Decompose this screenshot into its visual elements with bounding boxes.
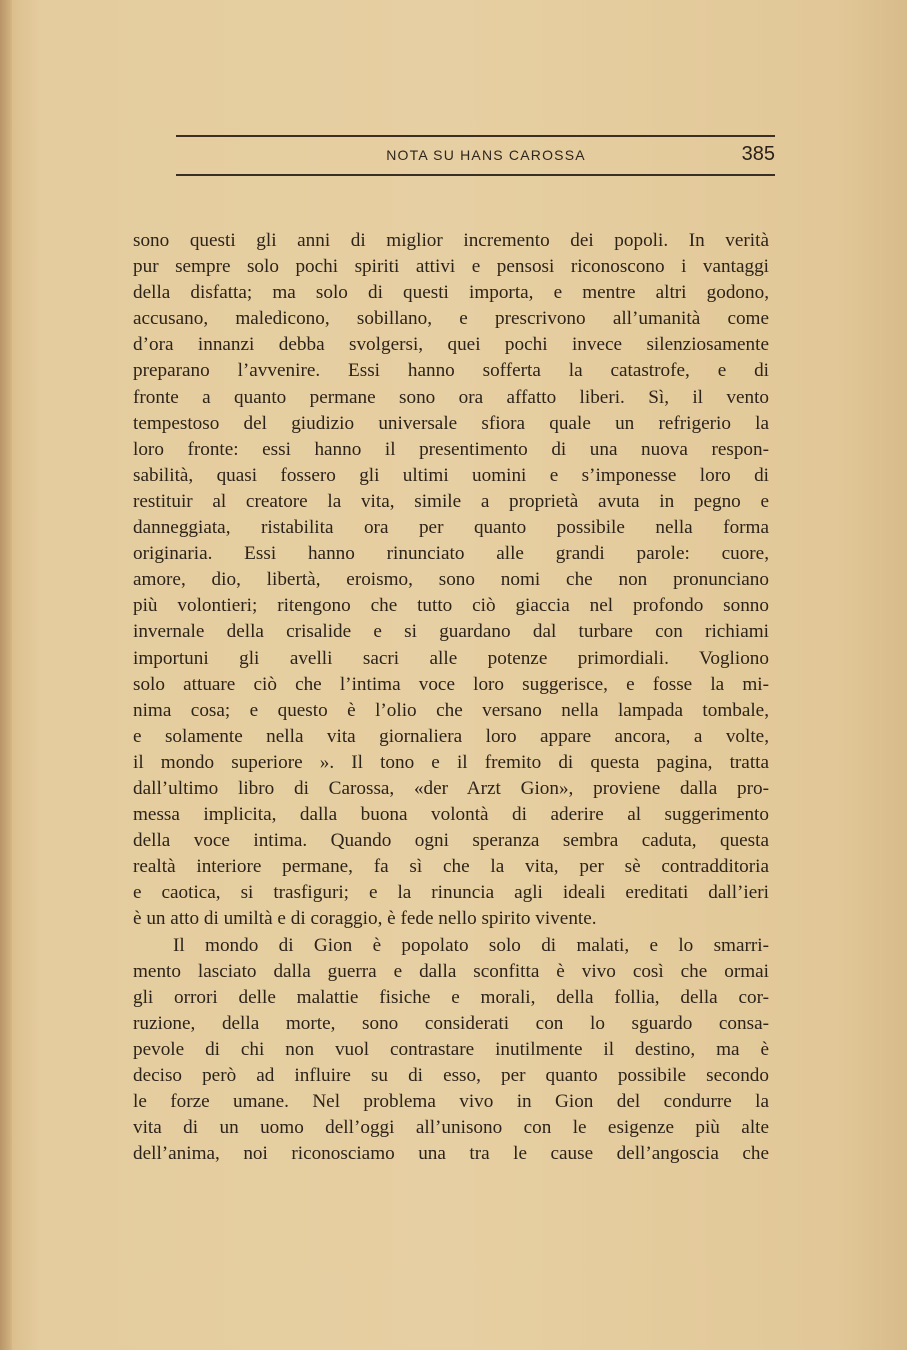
running-title: NOTA SU HANS CAROSSA <box>176 147 756 163</box>
paragraph-2: Il mondo di Gion è popolato solo di mala… <box>133 933 769 1168</box>
text-line: accusano, maledicono, sobillano, e presc… <box>133 306 769 332</box>
paragraph-1: sono questi gli anni di miglior incremen… <box>133 228 769 933</box>
text-line: fronte a quanto permane sono ora affatto… <box>133 385 769 411</box>
header-rule-top <box>176 135 775 137</box>
text-line: restituir al creatore la vita, simile a … <box>133 489 769 515</box>
text-line: deciso però ad influire su di esso, per … <box>133 1063 769 1089</box>
text-line: ruzione, della morte, sono considerati c… <box>133 1011 769 1037</box>
body-text: sono questi gli anni di miglior incremen… <box>133 228 769 1167</box>
text-line: importuni gli avelli sacri alle potenze … <box>133 646 769 672</box>
text-line: sabilità, quasi fossero gli ultimi uomin… <box>133 463 769 489</box>
text-line: invernale della crisalide e si guardano … <box>133 619 769 645</box>
text-line: amore, dio, libertà, eroismo, sono nomi … <box>133 567 769 593</box>
text-line: tempestoso del giudizio universale sfior… <box>133 411 769 437</box>
text-line: mento lasciato dalla guerra e dalla scon… <box>133 959 769 985</box>
text-line: più volontieri; ritengono che tutto ciò … <box>133 593 769 619</box>
running-header: NOTA SU HANS CAROSSA 385 <box>176 133 775 177</box>
page-edge <box>0 0 12 1350</box>
text-line: della disfatta; ma solo di questi import… <box>133 280 769 306</box>
text-line: loro fronte: essi hanno il presentimento… <box>133 437 769 463</box>
text-line: Il mondo di Gion è popolato solo di mala… <box>133 933 769 959</box>
text-line: è un atto di umiltà e di coraggio, è fed… <box>133 906 769 932</box>
text-line: pevole di chi non vuol contrastare inuti… <box>133 1037 769 1063</box>
text-line: nima cosa; e questo è l’olio che versano… <box>133 698 769 724</box>
text-line: gli orrori delle malattie fisiche e mora… <box>133 985 769 1011</box>
text-line: e solamente nella vita giornaliera loro … <box>133 724 769 750</box>
text-line: e caotica, si trasfiguri; e la rinuncia … <box>133 880 769 906</box>
text-line: messa implicita, dalla buona volontà di … <box>133 802 769 828</box>
text-line: il mondo superiore ». Il tono e il fremi… <box>133 750 769 776</box>
text-line: originaria. Essi hanno rinunciato alle g… <box>133 541 769 567</box>
text-line: danneggiata, ristabilita ora per quanto … <box>133 515 769 541</box>
header-rule-bottom <box>176 174 775 176</box>
text-line: vita di un uomo dell’oggi all’unisono co… <box>133 1115 769 1141</box>
text-line: d’ora innanzi debba svolgersi, quei poch… <box>133 332 769 358</box>
text-line: realtà interiore permane, fa sì che la v… <box>133 854 769 880</box>
page-number: 385 <box>742 143 775 166</box>
text-line: solo attuare ciò che l’intima voce loro … <box>133 672 769 698</box>
text-line: della voce intima. Quando ogni speranza … <box>133 828 769 854</box>
text-line: preparano l’avvenire. Essi hanno soffert… <box>133 358 769 384</box>
text-line: pur sempre solo pochi spiriti attivi e p… <box>133 254 769 280</box>
text-line: dall’ultimo libro di Carossa, «der Arzt … <box>133 776 769 802</box>
text-line: sono questi gli anni di miglior incremen… <box>133 228 769 254</box>
text-line: dell’anima, noi riconosciamo una tra le … <box>133 1141 769 1167</box>
text-line: le forze umane. Nel problema vivo in Gio… <box>133 1089 769 1115</box>
